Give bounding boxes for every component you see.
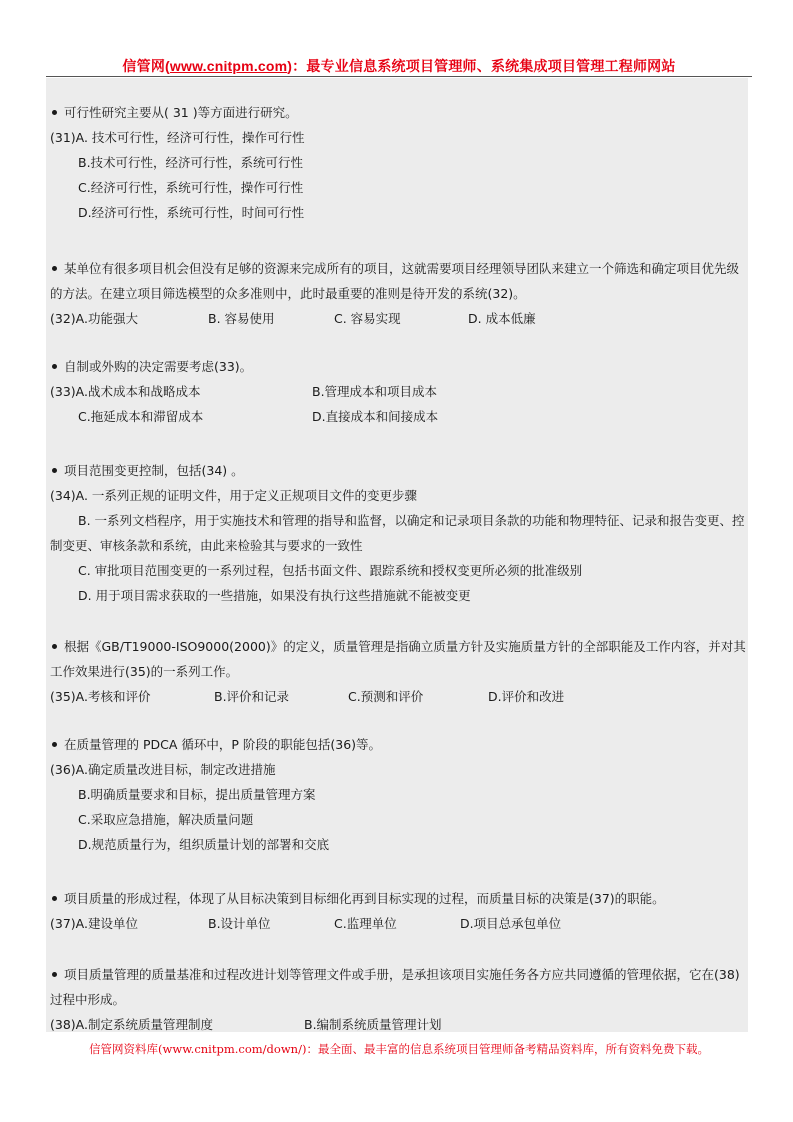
option-c: C. 审批项目范围变更的一系列过程，包括书面文件、跟踪系统和授权变更所必须的批准… <box>50 558 750 583</box>
question-38: 项目质量管理的质量基准和过程改进计划等管理文件或手册，是承担该项目实施任务各方应… <box>50 962 750 1037</box>
bullet-icon <box>52 266 57 271</box>
option-c: C. 容易实现 <box>334 306 468 331</box>
option-b: B.明确质量要求和目标，提出质量管理方案 <box>50 782 750 807</box>
option-b: B.技术可行性，经济可行性，系统可行性 <box>50 150 750 175</box>
bullet-icon <box>52 468 57 473</box>
header-prefix: 信管网( <box>122 58 169 74</box>
bullet-icon <box>52 110 57 115</box>
bullet-icon <box>52 972 57 977</box>
question-33: 自制或外购的决定需要考虑(33)。 (33)A.战术成本和战略成本B.管理成本和… <box>50 354 750 429</box>
option-c: C.采取应急措施，解决质量问题 <box>50 807 750 832</box>
option-b: B.编制系统质量管理计划 <box>304 1012 442 1037</box>
option-b: B. 一系列文档程序，用于实施技术和管理的指导和监督，以确定和记录项目条款的功能… <box>50 508 750 558</box>
page-footer: 信管网资料库(www.cnitpm.com/down/)：最全面、最丰富的信息系… <box>46 1041 752 1057</box>
question-stem: 项目范围变更控制，包括(34) 。 <box>64 463 244 478</box>
option-a: (31)A. 技术可行性，经济可行性，操作可行性 <box>50 125 750 150</box>
option-d: D.评价和改进 <box>488 684 564 709</box>
option-d: D. 成本低廉 <box>468 306 536 331</box>
question-stem: 项目质量管理的质量基准和过程改进计划等管理文件或手册，是承担该项目实施任务各方应… <box>50 967 740 1007</box>
option-a: (33)A.战术成本和战略成本 <box>50 379 312 404</box>
question-stem: 根据《GB/T19000-ISO9000(2000)》的定义，质量管理是指确立质… <box>50 639 746 679</box>
option-d: D.直接成本和间接成本 <box>312 404 438 429</box>
page-header: 信管网(www.cnitpm.com)：最专业信息系统项目管理师、系统集成项目管… <box>46 56 752 76</box>
option-c: C.拖延成本和滞留成本 <box>78 404 312 429</box>
question-31: 可行性研究主要从( 31 )等方面进行研究。 (31)A. 技术可行性，经济可行… <box>50 100 750 225</box>
question-stem: 可行性研究主要从( 31 )等方面进行研究。 <box>64 105 298 120</box>
option-a: (32)A.功能强大 <box>50 306 208 331</box>
option-b: B.管理成本和项目成本 <box>312 379 437 404</box>
option-b: B.评价和记录 <box>214 684 348 709</box>
document-body: 可行性研究主要从( 31 )等方面进行研究。 (31)A. 技术可行性，经济可行… <box>46 78 748 1032</box>
bullet-icon <box>52 896 57 901</box>
header-divider <box>46 76 752 77</box>
header-site-link[interactable]: www.cnitpm.com <box>170 58 287 74</box>
question-stem: 项目质量的形成过程，体现了从目标决策到目标细化再到目标实现的过程，而质量目标的决… <box>64 891 665 906</box>
question-35: 根据《GB/T19000-ISO9000(2000)》的定义，质量管理是指确立质… <box>50 634 750 709</box>
question-37: 项目质量的形成过程，体现了从目标决策到目标细化再到目标实现的过程，而质量目标的决… <box>50 886 750 936</box>
question-36: 在质量管理的 PDCA 循环中，P 阶段的职能包括(36)等。 (36)A.确定… <box>50 732 750 857</box>
option-a: (36)A.确定质量改进目标，制定改进措施 <box>50 757 750 782</box>
option-a: (38)A.制定系统质量管理制度 <box>50 1012 304 1037</box>
question-stem: 在质量管理的 PDCA 循环中，P 阶段的职能包括(36)等。 <box>64 737 381 752</box>
question-stem: 自制或外购的决定需要考虑(33)。 <box>64 359 252 374</box>
option-c: C.预测和评价 <box>348 684 488 709</box>
bullet-icon <box>52 364 57 369</box>
option-b: B.设计单位 <box>208 911 334 936</box>
option-d: D.经济可行性，系统可行性，时间可行性 <box>50 200 750 225</box>
option-a: (35)A.考核和评价 <box>50 684 214 709</box>
header-suffix: )：最专业信息系统项目管理师、系统集成项目管理工程师网站 <box>287 58 675 74</box>
option-d: D. 用于项目需求获取的一些措施，如果没有执行这些措施就不能被变更 <box>50 583 750 608</box>
option-c: C.监理单位 <box>334 911 460 936</box>
bullet-icon <box>52 742 57 747</box>
option-a: (37)A.建设单位 <box>50 911 208 936</box>
question-34: 项目范围变更控制，包括(34) 。 (34)A. 一系列正规的证明文件，用于定义… <box>50 458 750 608</box>
question-32: 某单位有很多项目机会但没有足够的资源来完成所有的项目，这就需要项目经理领导团队来… <box>50 256 750 331</box>
option-d: D.规范质量行为，组织质量计划的部署和交底 <box>50 832 750 857</box>
option-a: (34)A. 一系列正规的证明文件，用于定义正规项目文件的变更步骤 <box>50 483 750 508</box>
option-d: D.项目总承包单位 <box>460 911 561 936</box>
bullet-icon <box>52 644 57 649</box>
option-c: C.经济可行性，系统可行性，操作可行性 <box>50 175 750 200</box>
option-b: B. 容易使用 <box>208 306 334 331</box>
question-stem: 某单位有很多项目机会但没有足够的资源来完成所有的项目，这就需要项目经理领导团队来… <box>50 261 739 301</box>
